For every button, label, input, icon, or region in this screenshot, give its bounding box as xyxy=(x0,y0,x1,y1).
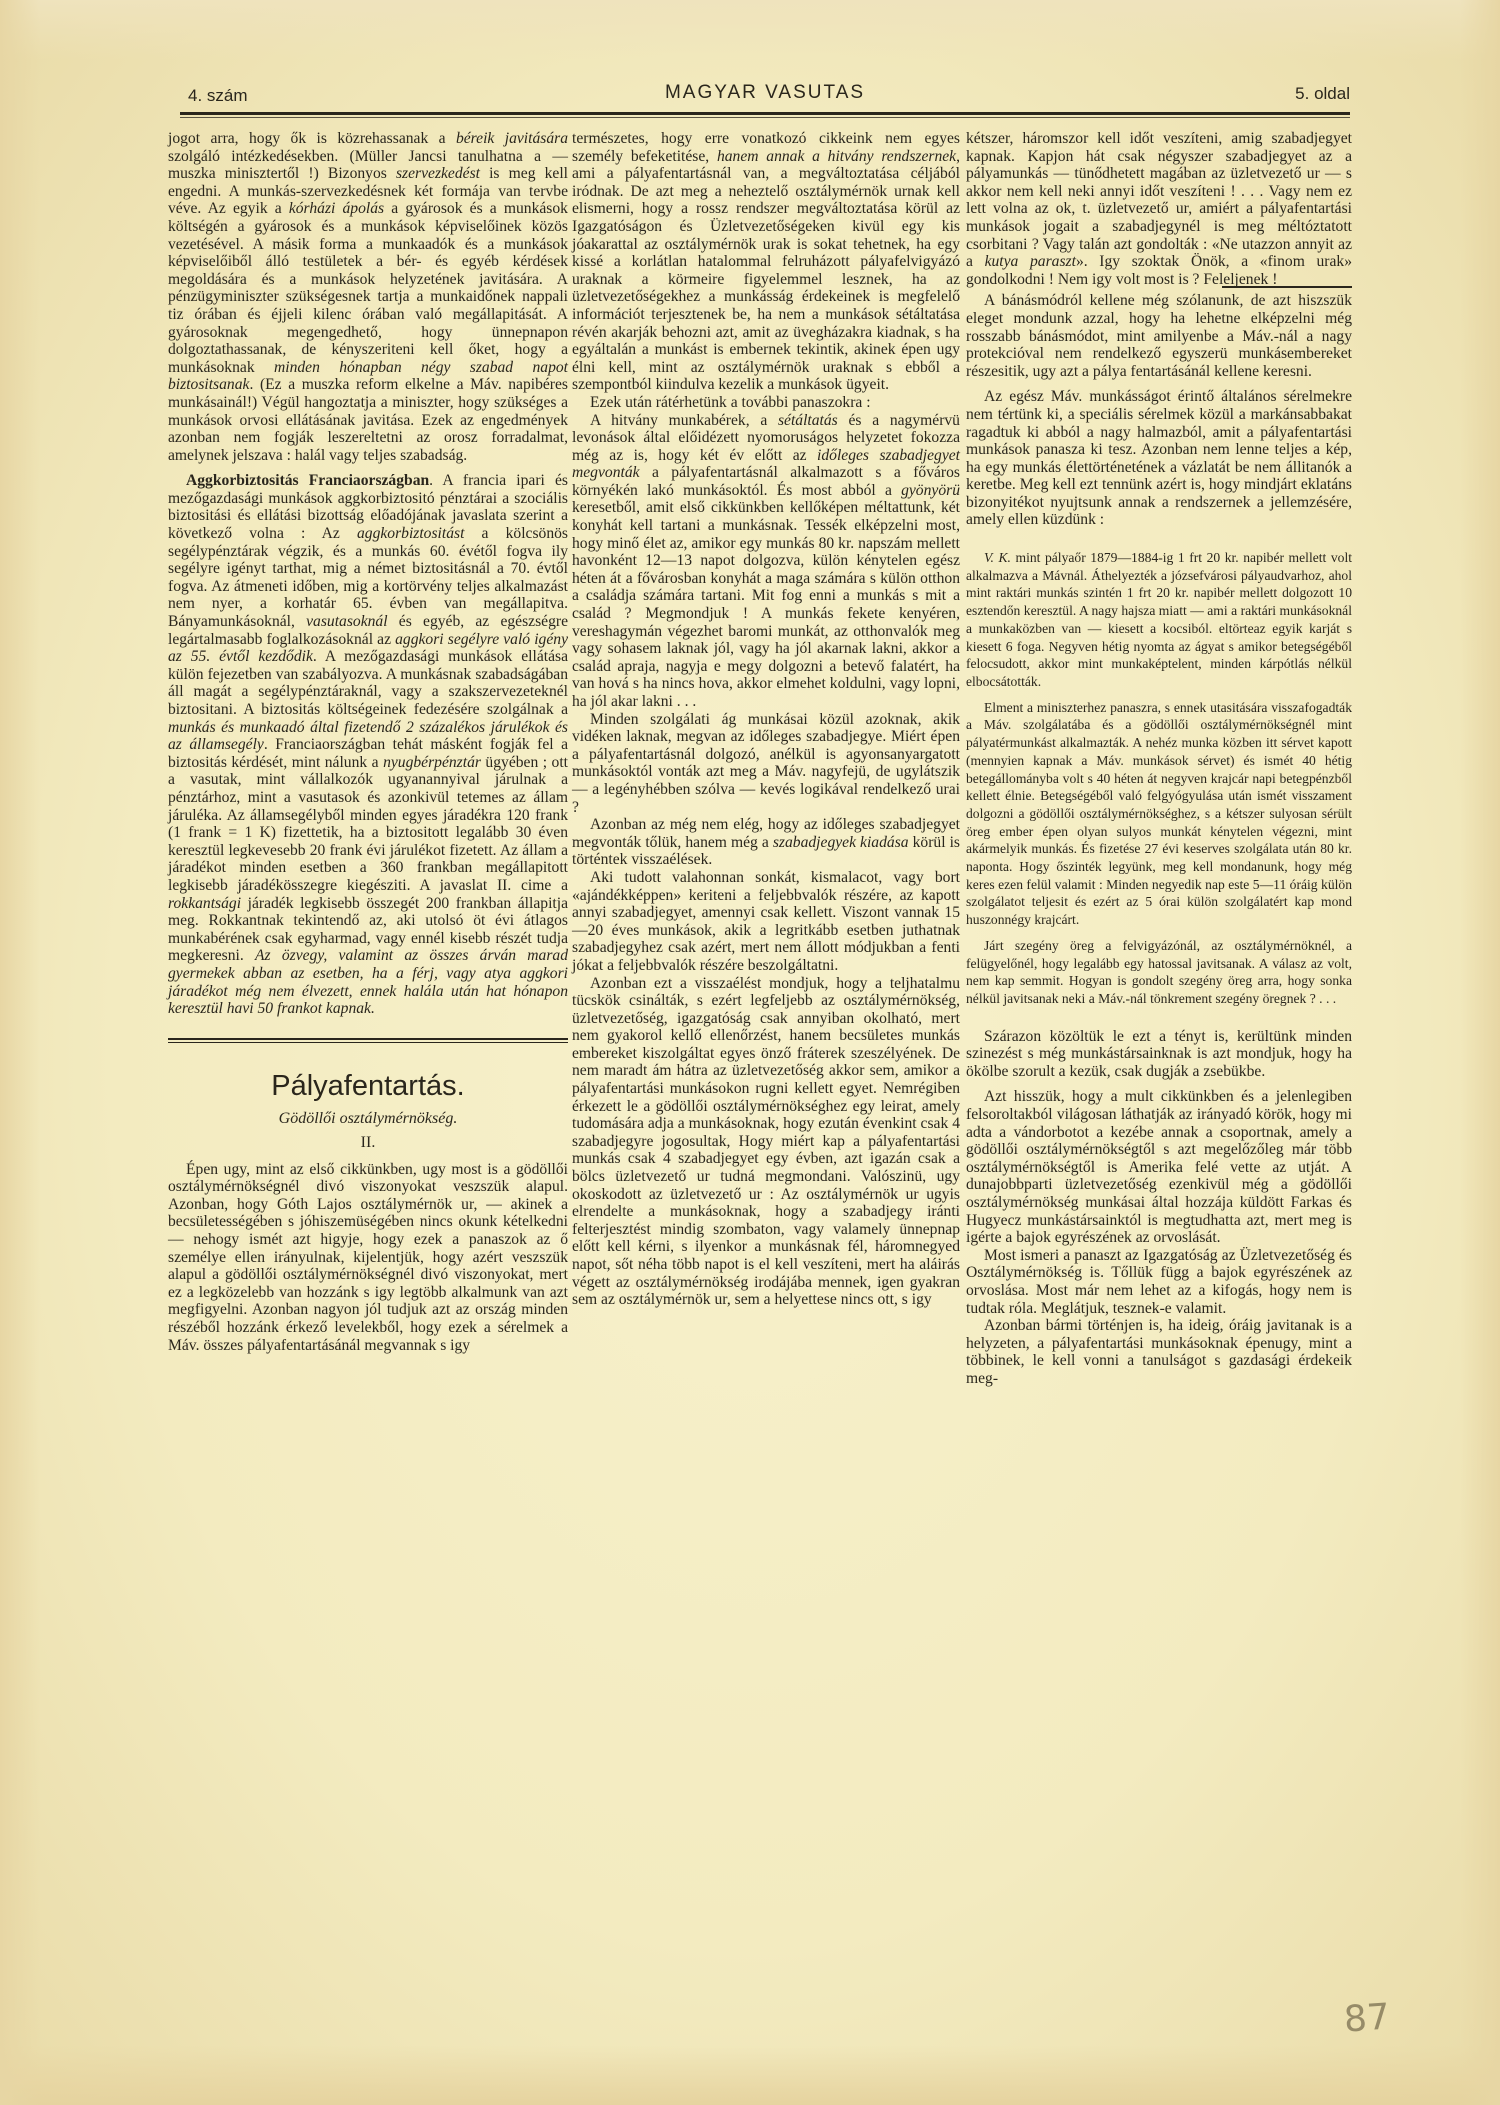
emphasis: kutya paraszt xyxy=(985,253,1076,270)
paragraph: Azonban az még nem elég, hogy az időlege… xyxy=(572,816,960,869)
paragraph: Elment a miniszterhez panaszra, s ennek … xyxy=(966,699,1352,929)
section-title: Pályafentartás. xyxy=(168,1069,568,1103)
header-rule-thin xyxy=(180,117,1350,118)
case-story: V. K. mint pályaőr 1879—1884-ig 1 frt 20… xyxy=(966,549,1352,1008)
paragraph: Aki tudott valahonnan sonkát, kismalacot… xyxy=(572,869,960,975)
text-run: Járt szegény öreg a felvigyázónál, az os… xyxy=(966,938,1352,1006)
text-run: Elment a miniszterhez panaszra, s ennek … xyxy=(966,700,1352,927)
paper-edge-top xyxy=(0,0,1500,60)
paragraph: Épen ugy, mint az első cikkünkben, ugy m… xyxy=(168,1161,568,1355)
paragraph: Most ismeri a panaszt az Igazgatóság az … xyxy=(966,1247,1352,1317)
text-run: keresetből, amit első cikkünkben kellőké… xyxy=(572,499,960,710)
emphasis: gyönyörü xyxy=(901,482,960,499)
column-3: kétszer, háromszor kell időt veszíteni, … xyxy=(966,130,1352,1388)
text-run: Azt hisszük, hogy a mult cikkünkben és a… xyxy=(966,1088,1352,1246)
text-run: Azonban bármi történjen is, ha ideig, ór… xyxy=(966,1317,1352,1387)
column-2: természetes, hogy erre vonatkozó cikkein… xyxy=(572,130,960,1309)
paragraph: jogot arra, hogy ők is közrehassanak a b… xyxy=(168,130,568,464)
paragraph: V. K. mint pályaőr 1879—1884-ig 1 frt 20… xyxy=(966,549,1352,691)
emphasis: nyugbérpénztár xyxy=(383,754,481,771)
emphasis: vasutasoknál xyxy=(306,613,387,630)
text-run: A bánásmódról kellene még szólanunk, de … xyxy=(966,292,1352,379)
text-run: Az egész Máv. munkásságot érintő általán… xyxy=(966,388,1352,528)
paper-edge-bottom xyxy=(0,2045,1500,2105)
paragraph: Azt hisszük, hogy a mult cikkünkben és a… xyxy=(966,1088,1352,1246)
emphasis: hanem annak a hitvány rendszernek xyxy=(717,148,956,165)
text-run: a gyárosok és a munkások költségén a gyá… xyxy=(168,200,568,375)
text-run: mint pályaőr 1879—1884-ig 1 frt 20 kr. n… xyxy=(966,550,1352,689)
section-number: II. xyxy=(168,1133,568,1153)
paragraph-aggkorbiztositas: Aggkorbiztositás Franciaországban. A fra… xyxy=(168,472,568,1017)
text-run: Szárazon közöltük le ezt a tényt is, ker… xyxy=(966,1028,1352,1080)
page-number: 5. oldal xyxy=(1295,84,1350,104)
header-rule xyxy=(180,112,1350,115)
page-header: 4. szám MAGYAR VASUTAS 5. oldal xyxy=(180,82,1350,112)
section-subtitle: Gödöllői osztálymérnökség. xyxy=(168,1109,568,1129)
paragraph: Járt szegény öreg a felvigyázónál, az os… xyxy=(966,937,1352,1008)
text-run: Aki tudott valahonnan sonkát, kismalacot… xyxy=(572,869,960,974)
section-divider xyxy=(168,1038,568,1043)
emphasis: aggkorbiztositást xyxy=(357,525,464,542)
paper-edge-right xyxy=(1460,0,1500,2105)
emphasis: sétáltatás xyxy=(778,412,838,429)
newspaper-title: MAGYAR VASUTAS xyxy=(180,82,1350,104)
paragraph: Azonban ezt a visszaélést mondjuk, hogy … xyxy=(572,975,960,1309)
run-in-heading: Aggkorbiztositás Franciaországban xyxy=(186,472,429,489)
handwritten-page-number: 87 xyxy=(1343,1996,1392,2040)
paper-edge-left xyxy=(0,0,40,2105)
emphasis: szabadjegyek kiadása xyxy=(773,834,909,851)
text-run: kétszer, háromszor kell időt veszíteni, … xyxy=(966,130,1352,270)
paragraph: kétszer, háromszor kell időt veszíteni, … xyxy=(966,130,1352,288)
newspaper-page: 4. szám MAGYAR VASUTAS 5. oldal jogot ar… xyxy=(0,0,1500,2105)
text-run: Ezek után rátérhetünk a további panaszok… xyxy=(590,394,871,411)
text-run: Minden szolgálati ág munkásai közül azok… xyxy=(572,711,960,816)
paragraph: A hitvány munkabérek, a sétáltatás és a … xyxy=(572,412,960,711)
text-run: , ami a pályafentartásnál van, a megvált… xyxy=(572,148,960,394)
emphasis: szervezkedést xyxy=(396,165,480,182)
paragraph: Minden szolgálati ág munkásai közül azok… xyxy=(572,711,960,817)
emphasis: V. K. xyxy=(984,550,1011,565)
paragraph: természetes, hogy erre vonatkozó cikkein… xyxy=(572,130,960,394)
text-run: jogot arra, hogy ők is közrehassanak a xyxy=(168,130,456,147)
emphasis: kórházi ápolás xyxy=(289,200,384,217)
text-run: Most ismeri a panaszt az Igazgatóság az … xyxy=(966,1247,1352,1317)
text-run: ügyében ; ott a vasutak, mint vállalkozó… xyxy=(168,754,568,894)
paragraph: Ezek után rátérhetünk a további panaszok… xyxy=(572,394,960,412)
text-run: Azonban ezt a visszaélést mondjuk, hogy … xyxy=(572,975,960,1309)
emphasis: rokkantsági xyxy=(168,895,241,912)
paragraph: A bánásmódról kellene még szólanunk, de … xyxy=(966,292,1352,380)
paragraph: Azonban bármi történjen is, ha ideig, ór… xyxy=(966,1317,1352,1387)
paragraph: Szárazon közöltük le ezt a tényt is, ker… xyxy=(966,1028,1352,1081)
emphasis: béreik javitására xyxy=(456,130,568,147)
text-run: Épen ugy, mint az első cikkünkben, ugy m… xyxy=(168,1161,568,1354)
column-1: jogot arra, hogy ők is közrehassanak a b… xyxy=(168,130,568,1354)
text-run: A hitvány munkabérek, a xyxy=(590,412,778,429)
paragraph: Az egész Máv. munkásságot érintő általán… xyxy=(966,388,1352,529)
